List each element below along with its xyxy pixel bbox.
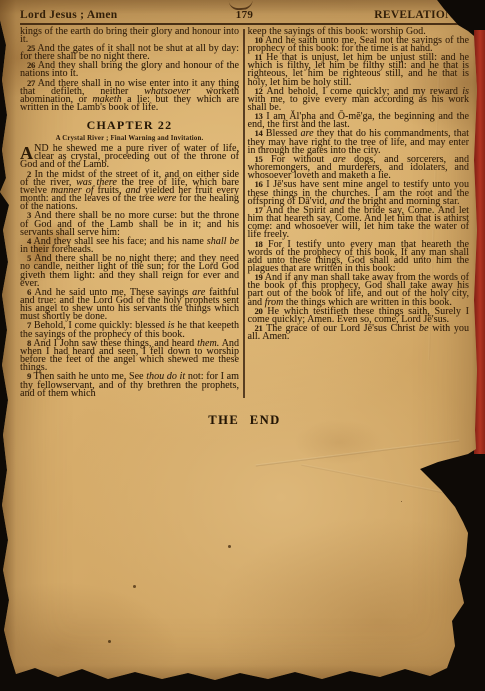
text-column-left: kings of the earth do bring their glory … (20, 28, 239, 398)
verse-number: 8 (27, 338, 31, 348)
text-columns: kings of the earth do bring their glory … (20, 28, 469, 398)
verse-14: 14 Blessed are they that do his commandm… (248, 129, 470, 154)
running-head: Lord Jesus ; Amen 179 REVELATION 22 (20, 9, 469, 21)
text-column-right: keep the sayings of this book: worship G… (248, 28, 470, 398)
verse-number: 12 (255, 86, 263, 96)
verse-9: 9 Then saith he unto me, See thou do it … (20, 372, 239, 397)
verse-number: 27 (27, 78, 35, 88)
verse-19: 19 And if any man shall take away from t… (248, 273, 470, 307)
verse-number: 14 (255, 128, 263, 138)
the-end-label: THE END (20, 413, 469, 428)
verse-number: 15 (255, 154, 263, 164)
paper-crease (256, 440, 460, 467)
verse-26: 26 And they shall bring the glory and ho… (20, 61, 239, 78)
verse-27: 27 And there shall in no wise enter into… (20, 79, 239, 113)
verse-21: 21 The grace of our Lord Jē'sus Christ b… (248, 324, 470, 341)
verse-15: 15 For without are dogs, and sorcerers, … (248, 155, 470, 180)
verse-6: 6 And he said unto me, These sayings are… (20, 288, 239, 322)
verse-17: 17 And the Spirit and the bride say, Com… (248, 206, 470, 240)
verse-16: 16 I Jē'sus have sent mine angel to test… (248, 180, 470, 205)
verse-10: 10 And he saith unto me, Seal not the sa… (248, 36, 470, 53)
verse-continuation: kings of the earth do bring their glory … (20, 28, 239, 44)
header-rule (20, 23, 469, 25)
paper-crease (301, 464, 449, 495)
chapter-subtitle: A Crystal River ; Final Warning and Invi… (20, 135, 239, 142)
verse-number: 16 (255, 179, 263, 189)
verse-2: 2 In the midst of the street of it, and … (20, 170, 239, 212)
verse-number: 7 (27, 320, 31, 330)
verse-11: 11 He that is unjust, let him be unjust … (248, 53, 470, 87)
scanned-bible-page: Lord Jesus ; Amen 179 REVELATION 22 king… (0, 0, 485, 691)
verse-3: 3 And there shall be no more curse: but … (20, 211, 239, 236)
verse-18: 18 For I testify unto every man that hea… (248, 240, 470, 274)
verse-number: 25 (27, 43, 35, 53)
verse-number: 2 (27, 169, 31, 179)
drop-cap: A (20, 146, 33, 160)
verse-number: 17 (255, 205, 263, 215)
verse-4: 4 And they shall see his face; and his n… (20, 237, 239, 254)
verse-13: 13 I am Ăl'pha and Ō-mĕ'ga, the beginnin… (248, 112, 470, 129)
verse-20: 20 He which testifieth these things sait… (248, 307, 470, 324)
chapter-heading: CHAPTER 22 (20, 118, 239, 133)
verse-number: 20 (255, 306, 263, 316)
verse-number: 4 (27, 236, 31, 246)
verse-25: 25 And the gates of it shall not be shut… (20, 44, 239, 61)
verse-8: 8 And I John saw these things, and heard… (20, 339, 239, 373)
verse-number: 10 (255, 35, 263, 45)
verse-number: 18 (255, 239, 263, 249)
verse-number: 19 (255, 272, 263, 282)
column-divider (243, 29, 245, 398)
verse-5: 5 And there shall be no night there; and… (20, 254, 239, 288)
running-head-left: Lord Jesus ; Amen (20, 9, 215, 21)
page-number: 179 (215, 9, 275, 21)
verse-number: 13 (255, 111, 263, 121)
page-content: Lord Jesus ; Amen 179 REVELATION 22 king… (0, 0, 485, 428)
verse-number: 3 (27, 210, 31, 220)
verse-number: 6 (27, 287, 31, 297)
verse-number: 21 (255, 323, 263, 333)
verse-number: 5 (27, 253, 31, 263)
running-head-right: REVELATION 22 (275, 9, 470, 21)
verse-1: AND he shewed me a pure river of water o… (20, 145, 239, 169)
verse-7: 7 Behold, I come quickly: blessed is he … (20, 321, 239, 338)
ink-specks (228, 545, 231, 548)
verse-number: 26 (27, 60, 35, 70)
verse-number: 11 (255, 52, 263, 62)
paper-sheet: Lord Jesus ; Amen 179 REVELATION 22 king… (0, 0, 485, 691)
verse-12: 12 And behold, I come quickly; and my re… (248, 87, 470, 112)
verse-number: 9 (27, 371, 31, 381)
